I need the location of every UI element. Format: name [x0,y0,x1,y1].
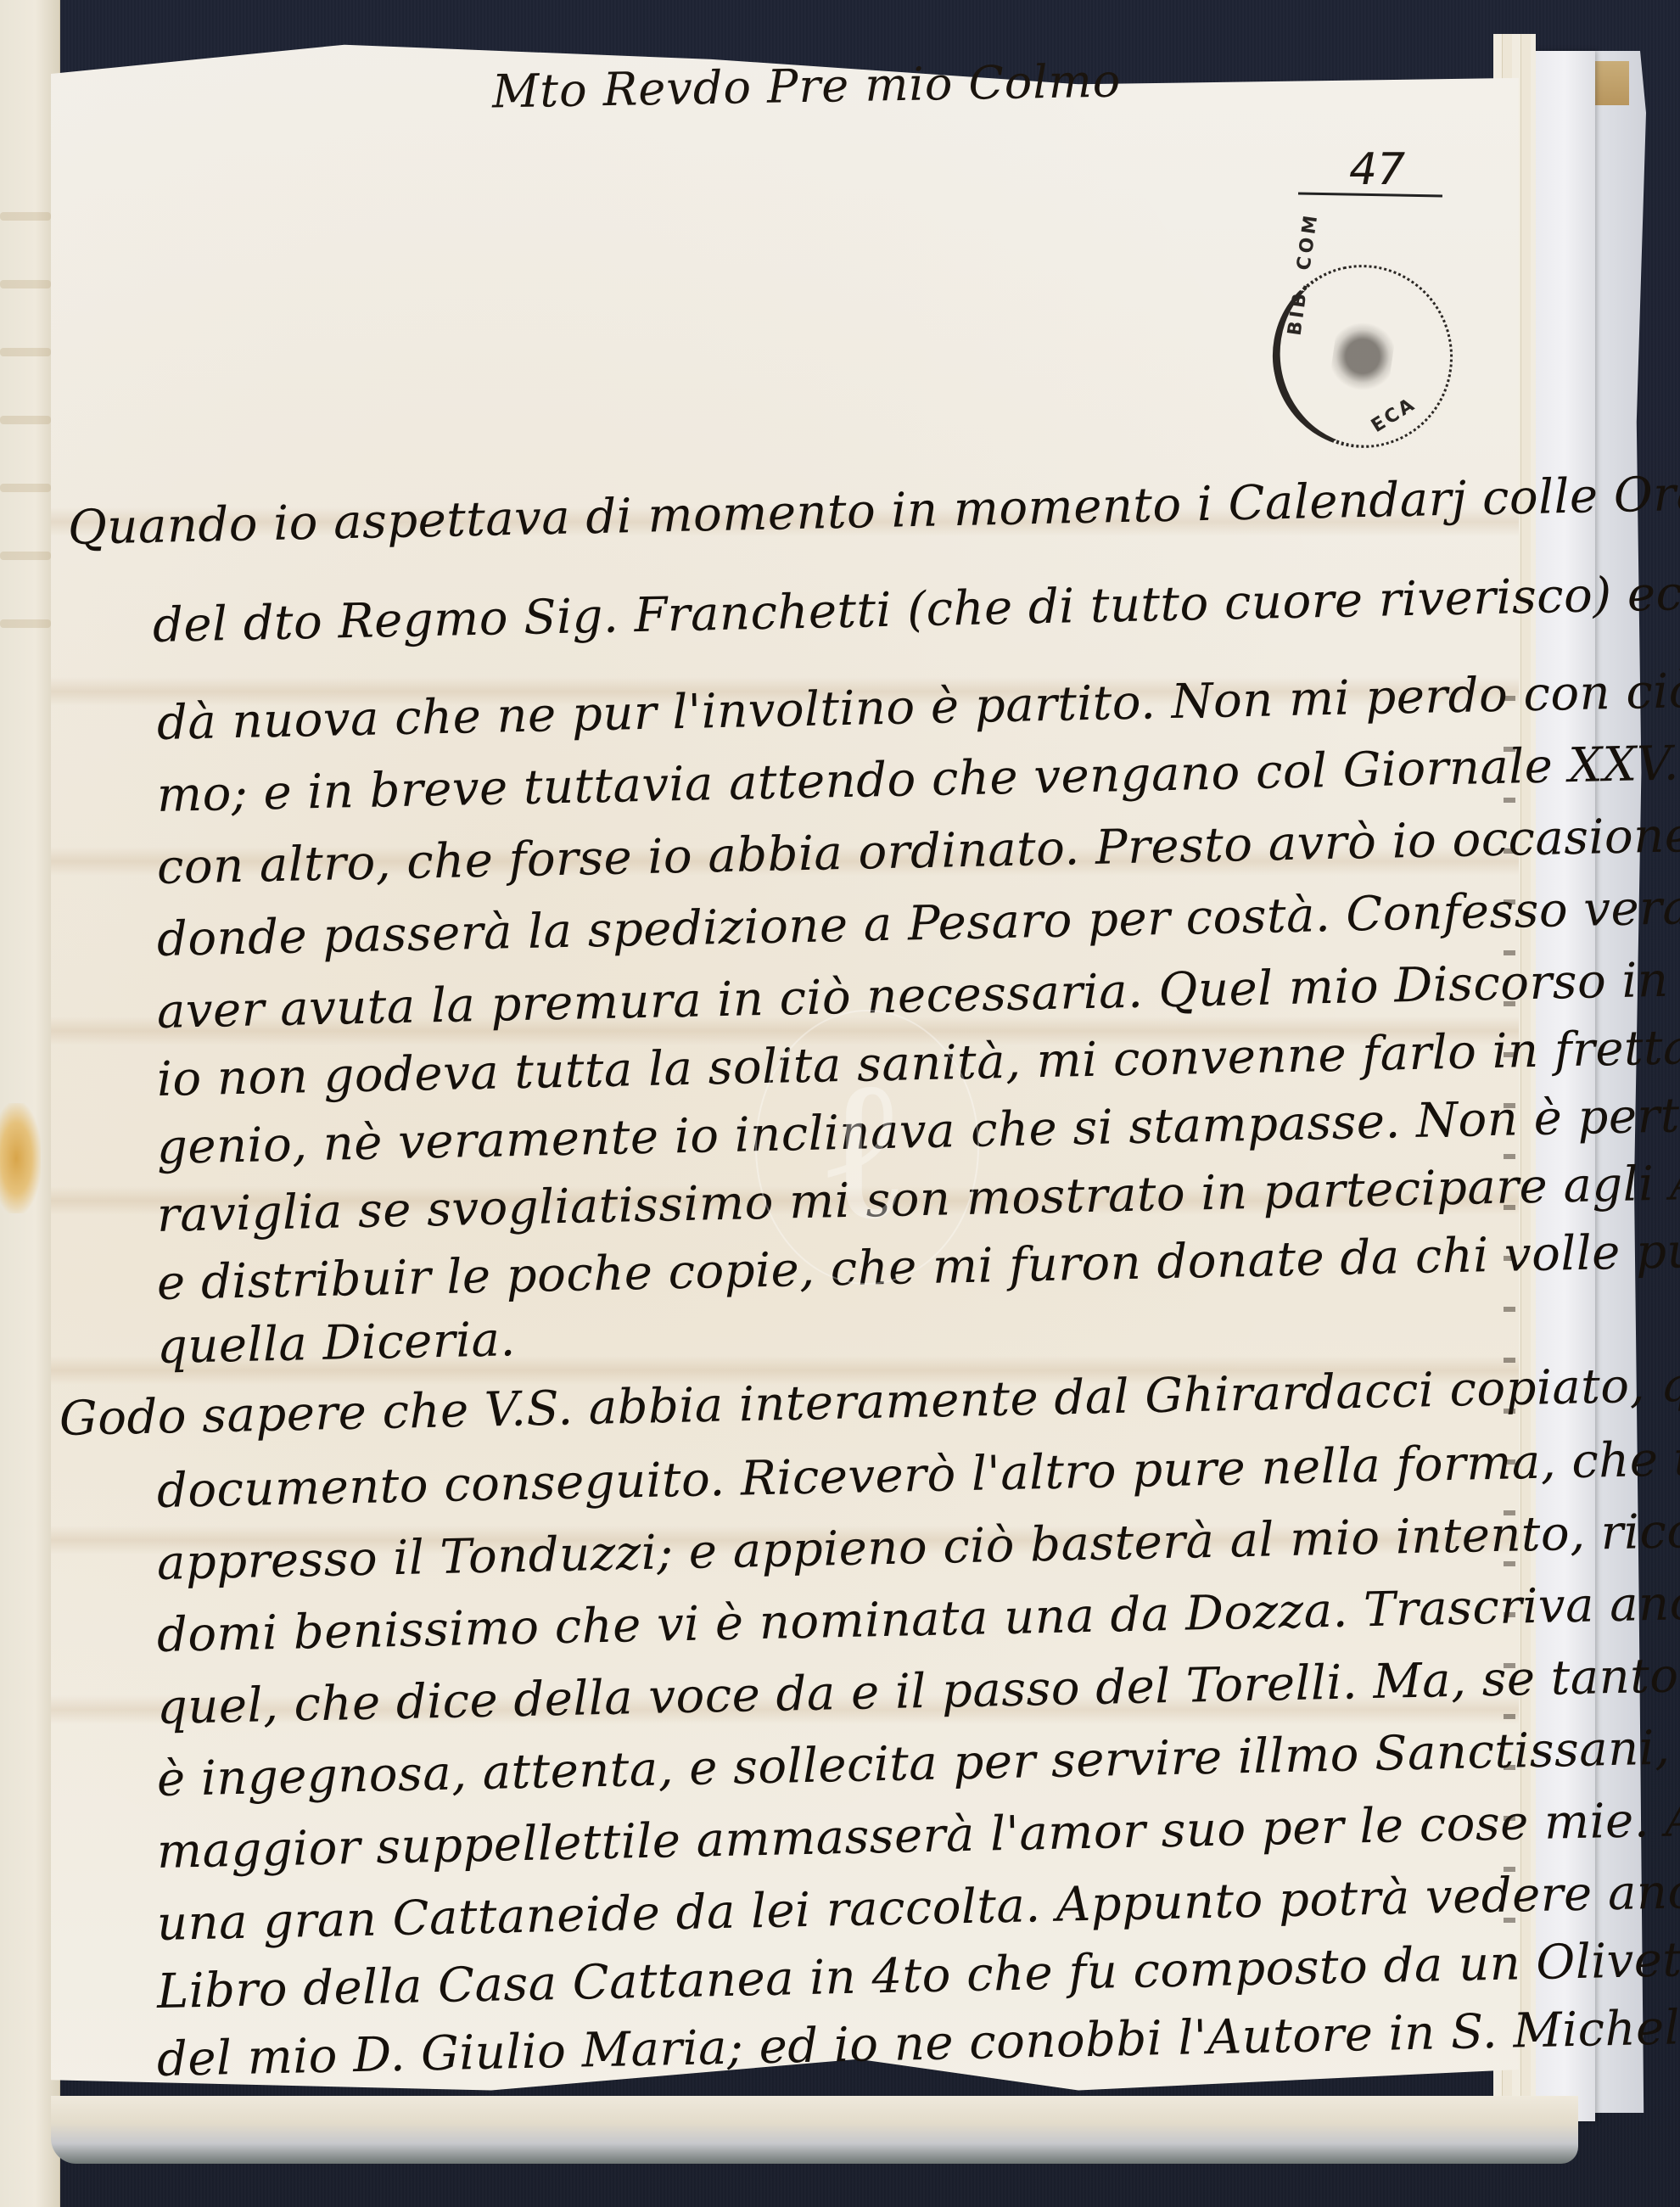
watermark-monogram: ℓ [755,1010,979,1285]
body-line: appresso il Tonduzzi; e appieno ciò bast… [156,1501,1680,1591]
body-line: mo; e in breve tuttavia attendo che veng… [156,735,1680,823]
body-line: dà nuova che ne pur l'involtino è partit… [156,660,1680,751]
body-line: documento conseguito. Riceverò l'altro p… [156,1428,1680,1519]
watermark-glyph: ℓ [816,1037,910,1263]
bleed-through-margin-marks [1504,696,1515,1969]
body-line: domi benissimo che vi è nominata una da … [156,1574,1680,1663]
body-line: del dto Regmo Sig. Franchetti (che di tu… [152,561,1680,653]
body-line: Quando io aspettava di momento in moment… [67,464,1680,556]
body-line: quel, che dice della voce da e il passo … [156,1646,1680,1735]
body-line: quella Diceria. [156,1312,516,1375]
